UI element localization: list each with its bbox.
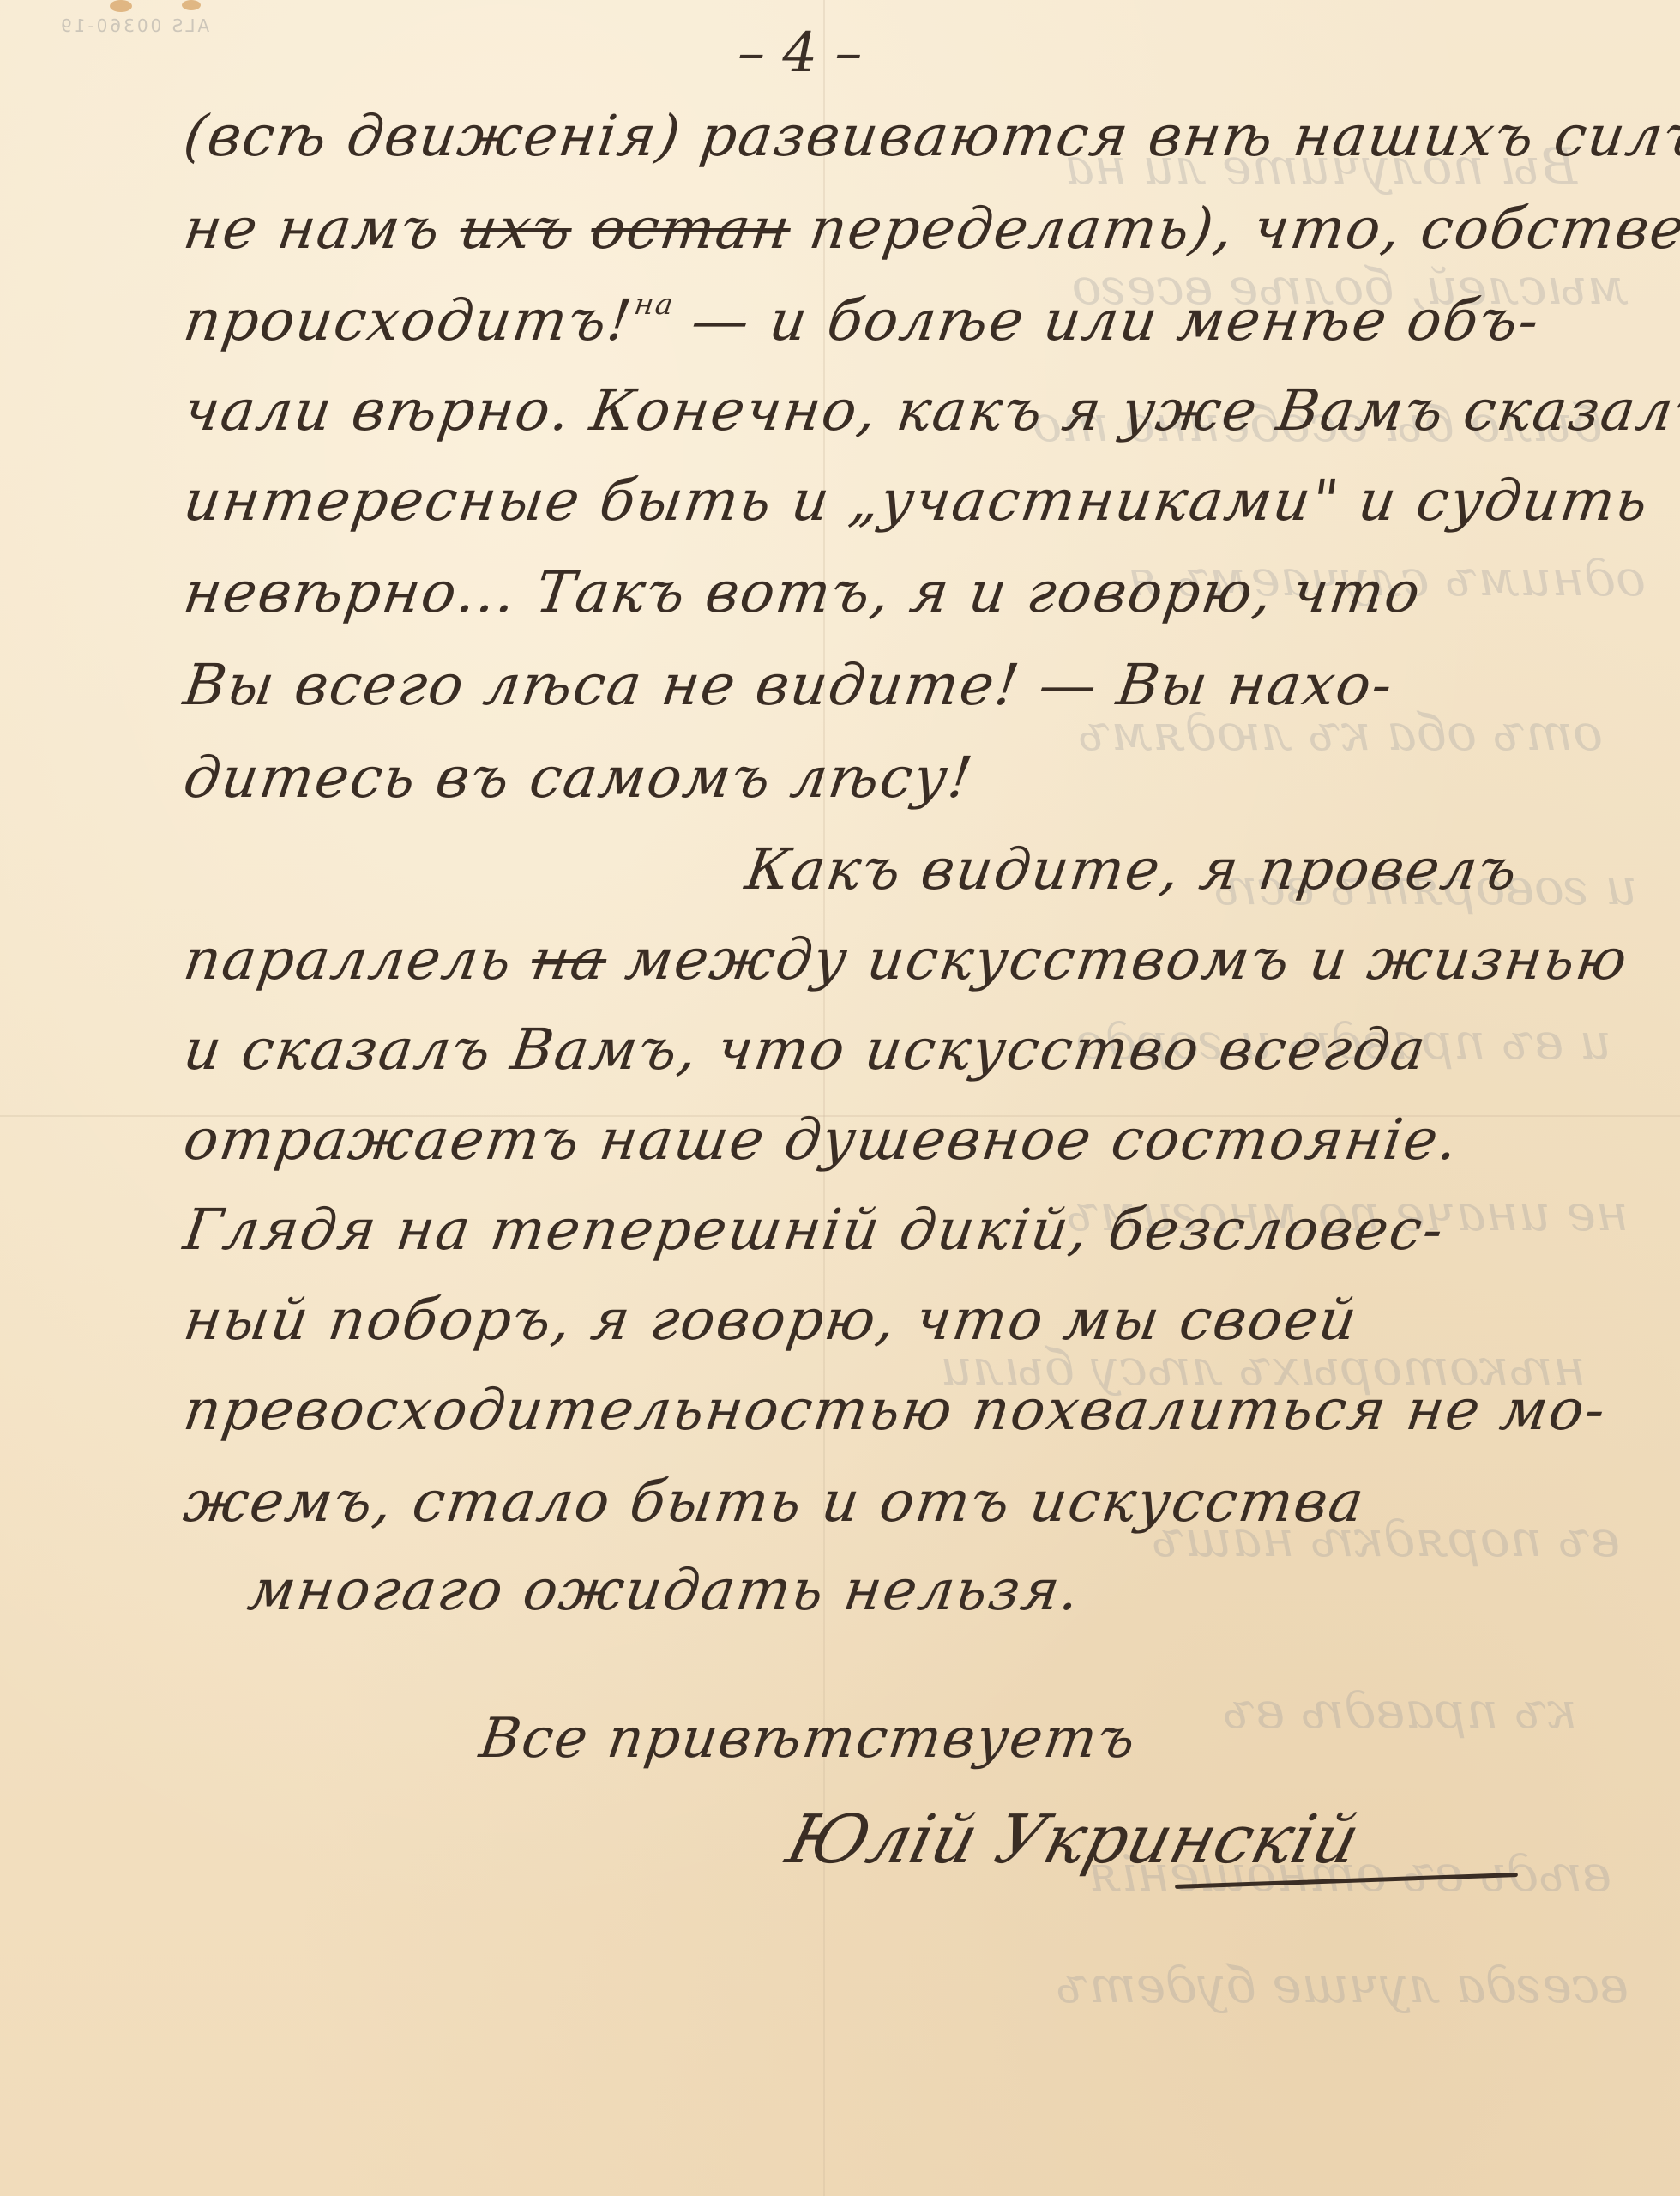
struck-word: на: [527, 926, 611, 992]
line-text: (всѣ движенія) развиваются внѣ нашихъ си…: [180, 103, 1680, 169]
text-line-8: дитесь въ самомъ лѣсу!: [180, 745, 978, 811]
line-text: жемъ, стало быть и отъ искусства: [180, 1469, 1370, 1535]
line-text: чали вѣрно. Конечно, какъ я уже Вамъ ска…: [180, 377, 1680, 443]
struck-word: остан: [587, 196, 795, 262]
text-line-9: Какъ видите, я провелъ: [742, 836, 1523, 902]
text-line-14: ный поборъ, я говорю, что мы своей: [180, 1287, 1363, 1353]
line-text: — и болѣе или менѣе объ-: [668, 287, 1545, 353]
text-line-1: (всѣ движенія) развиваются внѣ нашихъ си…: [180, 103, 1680, 169]
line-text: происходитъ!: [180, 287, 637, 353]
line-text: невѣрно... Такъ вотъ, я и говорю, что: [180, 559, 1426, 625]
archive-stamp-mirrored: ALS 00360-19: [58, 15, 209, 36]
text-line-11: и сказалъ Вамъ, что искусство всегда: [180, 1017, 1431, 1083]
line-text: параллель: [180, 926, 537, 992]
text-line-12: отражаетъ наше душевное состояніе.: [180, 1107, 1464, 1173]
line-text: Глядя на теперешній дикій, безсловес-: [180, 1197, 1449, 1263]
rust-stain: [110, 0, 132, 12]
page-number: – 4 –: [738, 21, 862, 85]
struck-word: ихъ: [456, 196, 577, 262]
text-line-16: жемъ, стало быть и отъ искусства: [180, 1469, 1370, 1535]
text-line-3: происходитъ!на — и болѣе или менѣе объ-: [180, 287, 1545, 353]
text-line-2: не намъ ихъ остан переделать), что, собс…: [180, 196, 1680, 262]
line-text: отражаетъ наше душевное состояніе.: [180, 1107, 1464, 1173]
line-text: и сказалъ Вамъ, что искусство всегда: [180, 1017, 1431, 1083]
text-line-13: Глядя на теперешній дикій, безсловес-: [180, 1197, 1449, 1263]
greeting-text: Все привѣтствуетъ: [476, 1707, 1141, 1771]
line-text: не намъ: [180, 196, 466, 262]
rust-stain: [182, 0, 201, 10]
line-text: интересные быть и „участниками" и судить: [180, 468, 1653, 534]
signature: Юлій Укринскій: [780, 1801, 1367, 1879]
text-line-6: невѣрно... Такъ вотъ, я и говорю, что: [180, 559, 1426, 625]
text-line-7: Вы всего лѣса не видите! — Вы нахо-: [180, 652, 1398, 718]
line-text: многаго ожидать нельзя.: [244, 1557, 1086, 1623]
line-text: ный поборъ, я говорю, что мы своей: [180, 1287, 1363, 1353]
line-text: между искусствомъ и жизнью: [602, 926, 1633, 992]
text-line-17: многаго ожидать нельзя.: [244, 1557, 1086, 1623]
insertion-mark: на: [632, 287, 677, 322]
line-text: превосходительностью похвалиться не мо-: [180, 1377, 1611, 1443]
closing-greeting: Все привѣтствуетъ: [476, 1707, 1141, 1771]
text-line-4: чали вѣрно. Конечно, какъ я уже Вамъ ска…: [180, 377, 1680, 443]
line-text: Какъ видите, я провелъ: [742, 836, 1523, 902]
text-line-5: интересные быть и „участниками" и судить: [180, 468, 1653, 534]
text-line-15: превосходительностью похвалиться не мо-: [180, 1377, 1611, 1443]
line-text: Вы всего лѣса не видите! — Вы нахо-: [180, 652, 1398, 718]
text-line-10: параллель на между искусствомъ и жизнью: [180, 926, 1633, 992]
line-text: переделать), что, собственно,: [786, 196, 1680, 262]
line-text: дитесь въ самомъ лѣсу!: [180, 745, 978, 811]
letter-page: ALS 00360-19 Вы получите ли на мыслей, б…: [0, 0, 1680, 2196]
